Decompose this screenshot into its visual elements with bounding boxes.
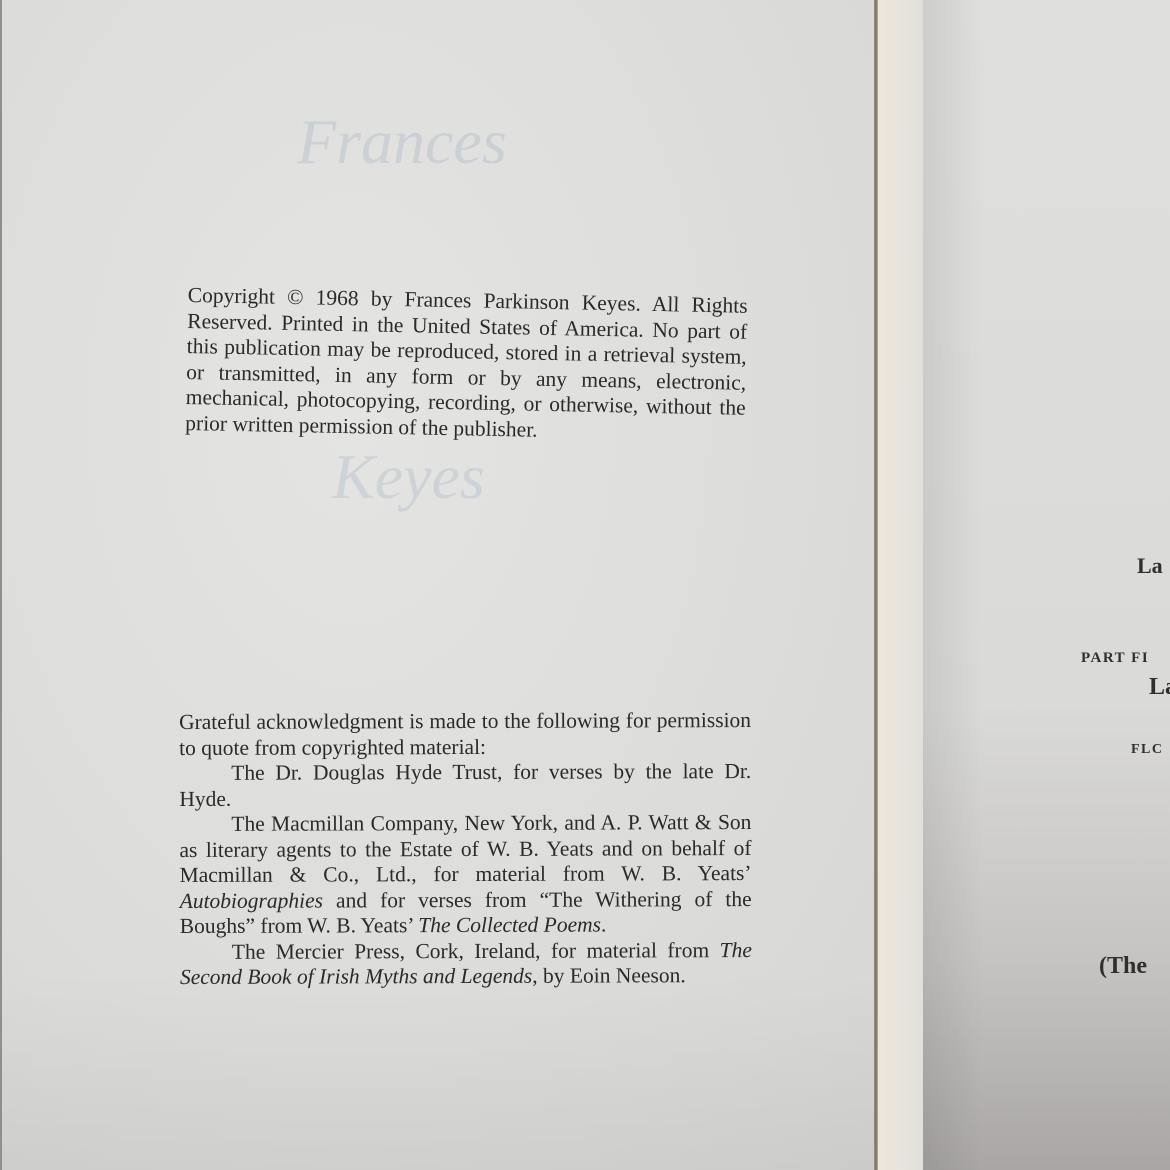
part-label: PART FI bbox=[1081, 650, 1149, 667]
acknowledgment-entry-mercier: The Mercier Press, Cork, Ireland, for ma… bbox=[180, 938, 752, 991]
entry-text: . bbox=[601, 913, 606, 937]
acknowledgment-entry-macmillan: The Macmillan Company, New York, and A. … bbox=[179, 810, 751, 939]
entry-text: , by Eoin Neeson. bbox=[532, 963, 686, 988]
left-page: Frances Keyes Copyright © 1968 by France… bbox=[0, 0, 876, 1170]
entry-text: The Dr. Douglas Hyde Trust, for verses b… bbox=[179, 759, 751, 810]
show-through-title-1: Frances bbox=[297, 105, 507, 179]
copyright-notice: Copyright © 1968 by Frances Parkinson Ke… bbox=[185, 283, 748, 447]
acknowledgments-section: Grateful acknowledgment is made to the f… bbox=[179, 708, 752, 990]
show-through-list bbox=[562, 60, 862, 268]
partial-part-title: La bbox=[1149, 674, 1170, 701]
partial-heading: La bbox=[1137, 553, 1163, 579]
page-edge bbox=[878, 0, 923, 1170]
book-spread: Frances Keyes Copyright © 1968 by France… bbox=[0, 0, 1170, 1170]
entry-text: The Mercier Press, Cork, Ireland, for ma… bbox=[232, 938, 720, 964]
show-through-title-2: Keyes bbox=[332, 440, 485, 514]
entry-book-title: The Collected Poems bbox=[418, 913, 601, 938]
partial-small-caps-heading: FLC bbox=[1131, 742, 1164, 758]
acknowledgments-intro: Grateful acknowledgment is made to the f… bbox=[179, 708, 751, 761]
entry-book-title: Autobiographies bbox=[180, 888, 323, 913]
entry-text: The Macmillan Company, New York, and A. … bbox=[179, 810, 751, 887]
right-page: La PART FI La FLC (The bbox=[923, 0, 1170, 1170]
acknowledgment-entry-hyde: The Dr. Douglas Hyde Trust, for verses b… bbox=[179, 759, 751, 812]
copyright-text: Copyright © 1968 by Frances Parkinson Ke… bbox=[185, 283, 748, 447]
partial-parenthetical: (The bbox=[1099, 953, 1147, 980]
